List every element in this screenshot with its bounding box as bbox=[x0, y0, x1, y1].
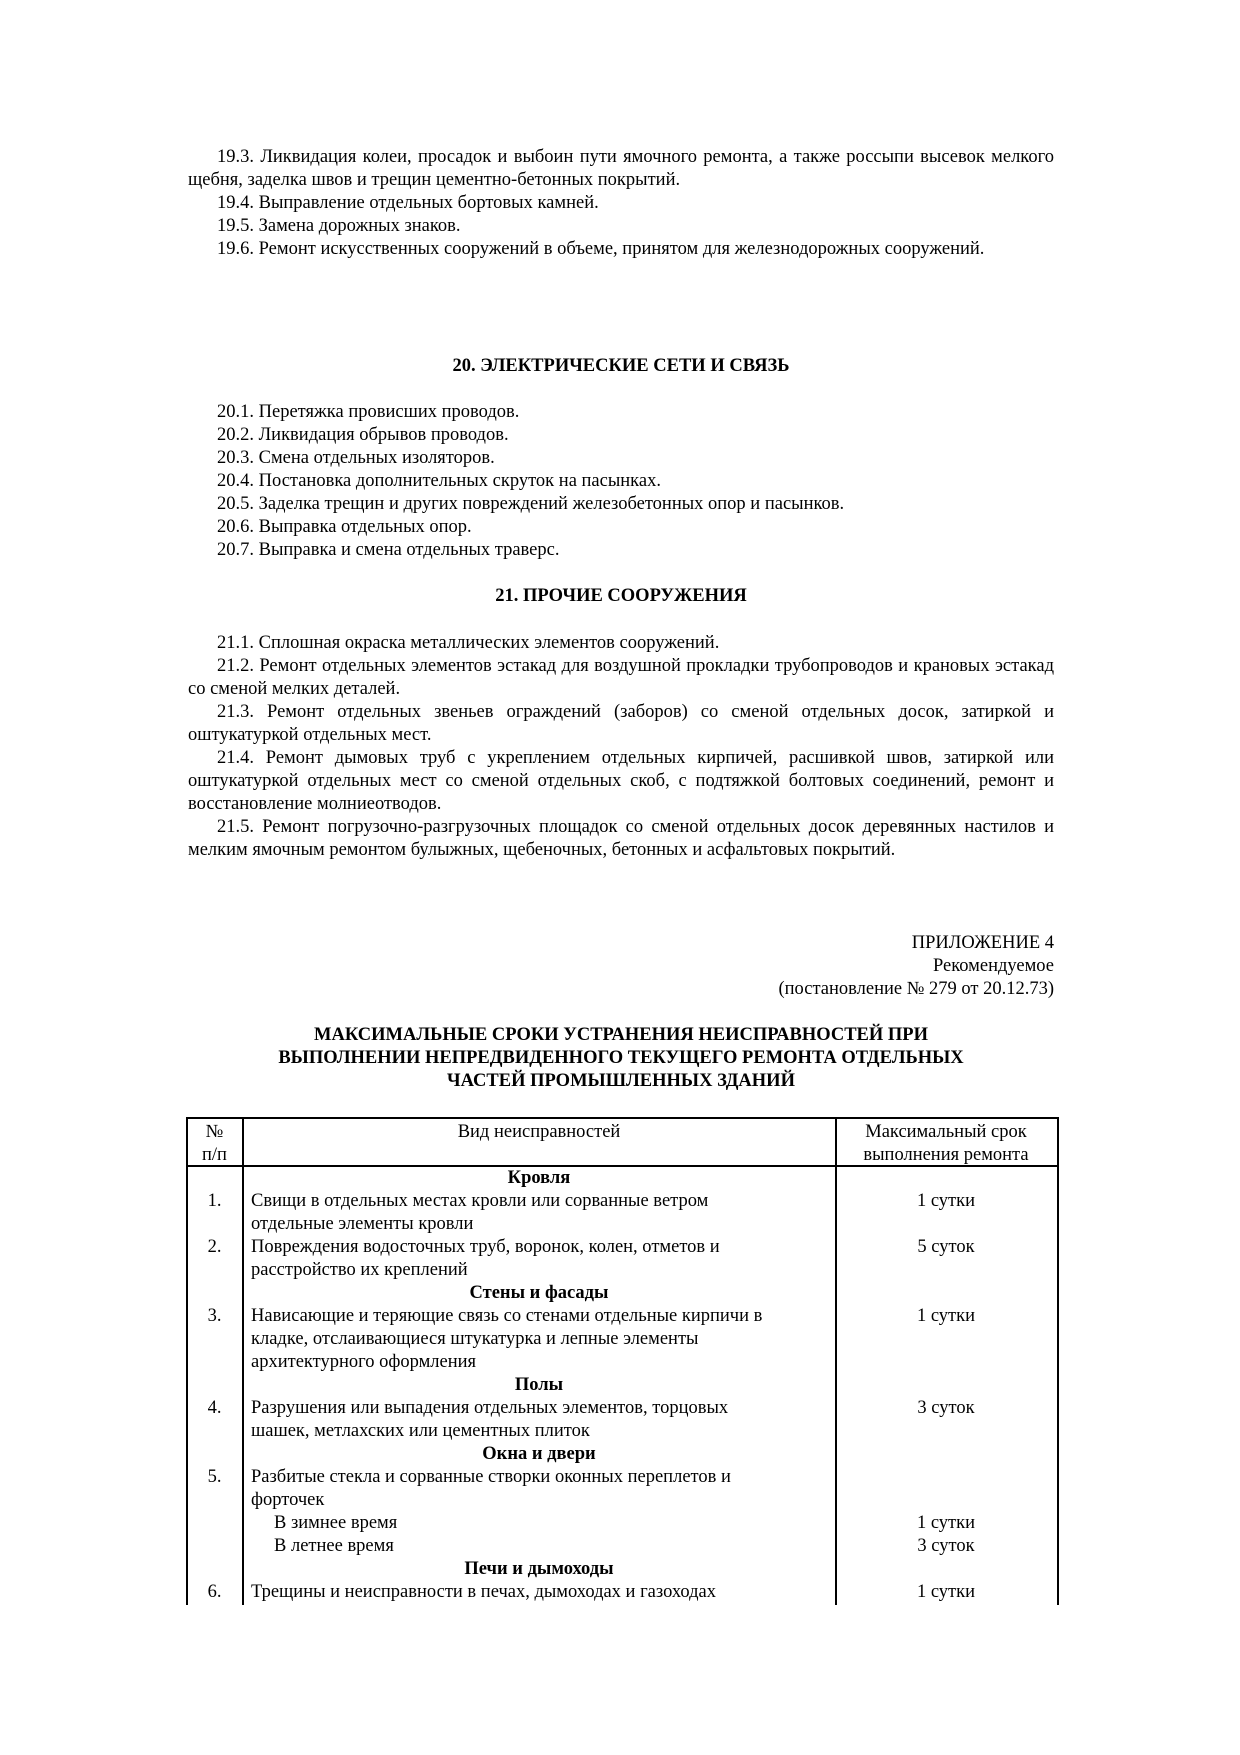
row-number: 2. bbox=[186, 1236, 243, 1259]
list-item: 21.1. Сплошная окраска металлических эле… bbox=[188, 632, 1054, 655]
list-item: 20.5. Заделка трещин и других повреждени… bbox=[188, 493, 1054, 516]
row-term: 1 сутки bbox=[835, 1190, 1057, 1213]
row-description: Разбитые стекла и сорванные створки окон… bbox=[251, 1466, 811, 1512]
row-number: 3. bbox=[186, 1305, 243, 1328]
header-num: № п/п bbox=[186, 1121, 243, 1167]
row-term: 5 суток bbox=[835, 1236, 1057, 1259]
row-term: 3 суток bbox=[835, 1535, 1057, 1558]
table-category: Печи и дымоходы bbox=[243, 1558, 835, 1581]
list-item: 21.2. Ремонт отдельных элементов эстакад… bbox=[188, 655, 1054, 701]
paragraph-19-6: 19.6. Ремонт искусственных сооружений в … bbox=[188, 238, 1054, 261]
table-category: Стены и фасады bbox=[243, 1282, 835, 1305]
paragraph-19-4: 19.4. Выправление отдельных бортовых кам… bbox=[188, 192, 1054, 215]
section-21-heading: 21. ПРОЧИЕ СООРУЖЕНИЯ bbox=[188, 585, 1054, 608]
table-category: Полы bbox=[243, 1374, 835, 1397]
list-item: 21.3. Ремонт отдельных звеньев ограждени… bbox=[188, 701, 1054, 747]
row-term: 1 сутки bbox=[835, 1305, 1057, 1328]
appendix-title-line: МАКСИМАЛЬНЫЕ СРОКИ УСТРАНЕНИЯ НЕИСПРАВНО… bbox=[188, 1024, 1054, 1047]
list-item: 21.4. Ремонт дымовых труб с укреплением … bbox=[188, 747, 1054, 816]
row-description: Разрушения или выпадения отдельных элеме… bbox=[251, 1397, 811, 1443]
row-number: 4. bbox=[186, 1397, 243, 1420]
row-description: Свищи в отдельных местах кровли или сорв… bbox=[251, 1190, 811, 1236]
list-item: 20.3. Смена отдельных изоляторов. bbox=[188, 447, 1054, 470]
appendix-label: ПРИЛОЖЕНИЕ 4 bbox=[188, 932, 1054, 955]
paragraph-19-5: 19.5. Замена дорожных знаков. bbox=[188, 215, 1054, 238]
header-desc: Вид неисправностей bbox=[243, 1121, 835, 1144]
list-item: 20.2. Ликвидация обрывов проводов. bbox=[188, 424, 1054, 447]
table-border-top bbox=[186, 1117, 1059, 1119]
row-subitem-description: В летнее время bbox=[251, 1535, 834, 1558]
row-term: 3 суток bbox=[835, 1397, 1057, 1420]
row-number: 6. bbox=[186, 1581, 243, 1604]
table-border-right bbox=[1057, 1117, 1059, 1605]
header-term: Максимальный срок выполнения ремонта bbox=[835, 1121, 1057, 1167]
row-description: Повреждения водосточных труб, воронок, к… bbox=[251, 1236, 811, 1282]
list-item: 21.5. Ремонт погрузочно-разгрузочных пло… bbox=[188, 816, 1054, 862]
row-number: 1. bbox=[186, 1190, 243, 1213]
list-item: 20.7. Выправка и смена отдельных траверс… bbox=[188, 539, 1054, 562]
list-item: 20.6. Выправка отдельных опор. bbox=[188, 516, 1054, 539]
list-item: 20.4. Постановка дополнительных скруток … bbox=[188, 470, 1054, 493]
appendix-title-line: ЧАСТЕЙ ПРОМЫШЛЕННЫХ ЗДАНИЙ bbox=[188, 1070, 1054, 1093]
row-description: Нависающие и теряющие связь со стенами о… bbox=[251, 1305, 811, 1374]
table-category: Кровля bbox=[243, 1167, 835, 1190]
row-term: 1 сутки bbox=[835, 1581, 1057, 1604]
table-category: Окна и двери bbox=[243, 1443, 835, 1466]
row-description: Трещины и неисправности в печах, дымоход… bbox=[251, 1581, 811, 1604]
row-term: 1 сутки bbox=[835, 1512, 1057, 1535]
paragraph-19-3: 19.3. Ликвидация колеи, просадок и выбои… bbox=[188, 146, 1054, 192]
row-subitem-description: В зимнее время bbox=[251, 1512, 834, 1535]
appendix-reference: (постановление № 279 от 20.12.73) bbox=[188, 978, 1054, 1001]
section-20-heading: 20. ЭЛЕКТРИЧЕСКИЕ СЕТИ И СВЯЗЬ bbox=[188, 355, 1054, 378]
appendix-title-line: ВЫПОЛНЕНИИ НЕПРЕДВИДЕННОГО ТЕКУЩЕГО РЕМО… bbox=[188, 1047, 1054, 1070]
appendix-status: Рекомендуемое bbox=[188, 955, 1054, 978]
row-number: 5. bbox=[186, 1466, 243, 1489]
list-item: 20.1. Перетяжка провисших проводов. bbox=[188, 401, 1054, 424]
